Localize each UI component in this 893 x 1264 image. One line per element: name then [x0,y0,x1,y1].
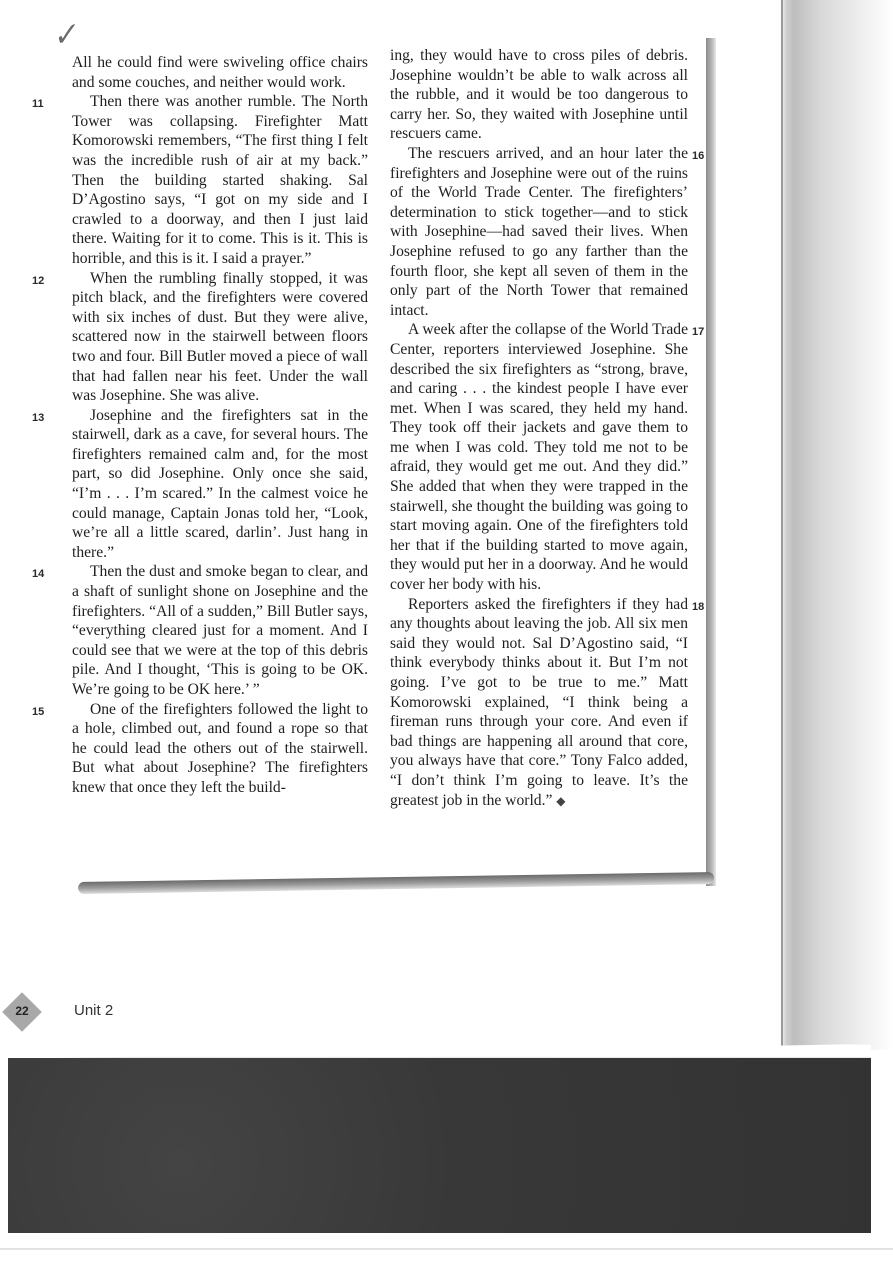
paragraph-number: 14 [32,565,44,585]
paragraph-12: 12 When the rumbling finally stopped, it… [72,269,368,406]
paragraph-text: ing, they would have to cross piles of d… [390,47,688,142]
scan-dark-background [8,1058,871,1233]
paragraph-15: 15 One of the firefighters followed the … [72,700,368,798]
paragraph-text: Reporters asked the firefighters if they… [390,596,688,809]
paragraph-text: Then there was another rumble. The North… [72,93,368,267]
paragraph-number: 12 [32,272,44,292]
text-box-shadow-bottom [78,872,714,894]
right-text-column: ing, they would have to cross piles of d… [390,46,688,811]
paragraph: All he could find were swiveling office … [72,53,368,92]
paragraph-number: 11 [32,95,44,115]
paragraph-11: 11 Then there was another rumble. The No… [72,92,368,268]
scan-bottom-edge [0,1248,893,1250]
paragraph-text: The rescuers arrived, and an hour later … [390,145,688,319]
paragraph-text: When the rumbling finally stopped, it wa… [72,270,368,405]
handwritten-check-mark: ✓ [49,16,80,55]
page-edge-shadow [780,0,893,1050]
paragraph-17: 17 A week after the collapse of the Worl… [390,320,688,594]
paragraph-text: A week after the collapse of the World T… [390,321,688,593]
paragraph-number: 16 [692,147,704,167]
paragraph-number: 17 [692,323,704,343]
paragraph-text: Josephine and the firefighters sat in th… [72,407,368,561]
paragraph-number: 15 [32,703,44,723]
paragraph-number: 13 [32,409,44,429]
paragraph-number: 18 [692,598,704,618]
paragraph-text: All he could find were swiveling office … [72,54,368,91]
paragraph-14: 14 Then the dust and smoke began to clea… [72,562,368,699]
paragraph-16: 16 The rescuers arrived, and an hour lat… [390,144,688,320]
page-number: 22 [8,1004,36,1018]
paragraph-18: 18 Reporters asked the firefighters if t… [390,595,688,812]
end-of-story-diamond-icon: ◆ [556,794,565,808]
text-box-shadow-right [706,38,716,886]
paragraph: ing, they would have to cross piles of d… [390,46,688,144]
paragraph-text: Then the dust and smoke began to clear, … [72,563,368,698]
paragraph-13: 13 Josephine and the firefighters sat in… [72,406,368,563]
unit-label: Unit 2 [74,1002,113,1019]
paragraph-text: One of the firefighters followed the lig… [72,701,368,796]
page-spine [781,0,783,1048]
left-text-column: All he could find were swiveling office … [72,53,368,798]
